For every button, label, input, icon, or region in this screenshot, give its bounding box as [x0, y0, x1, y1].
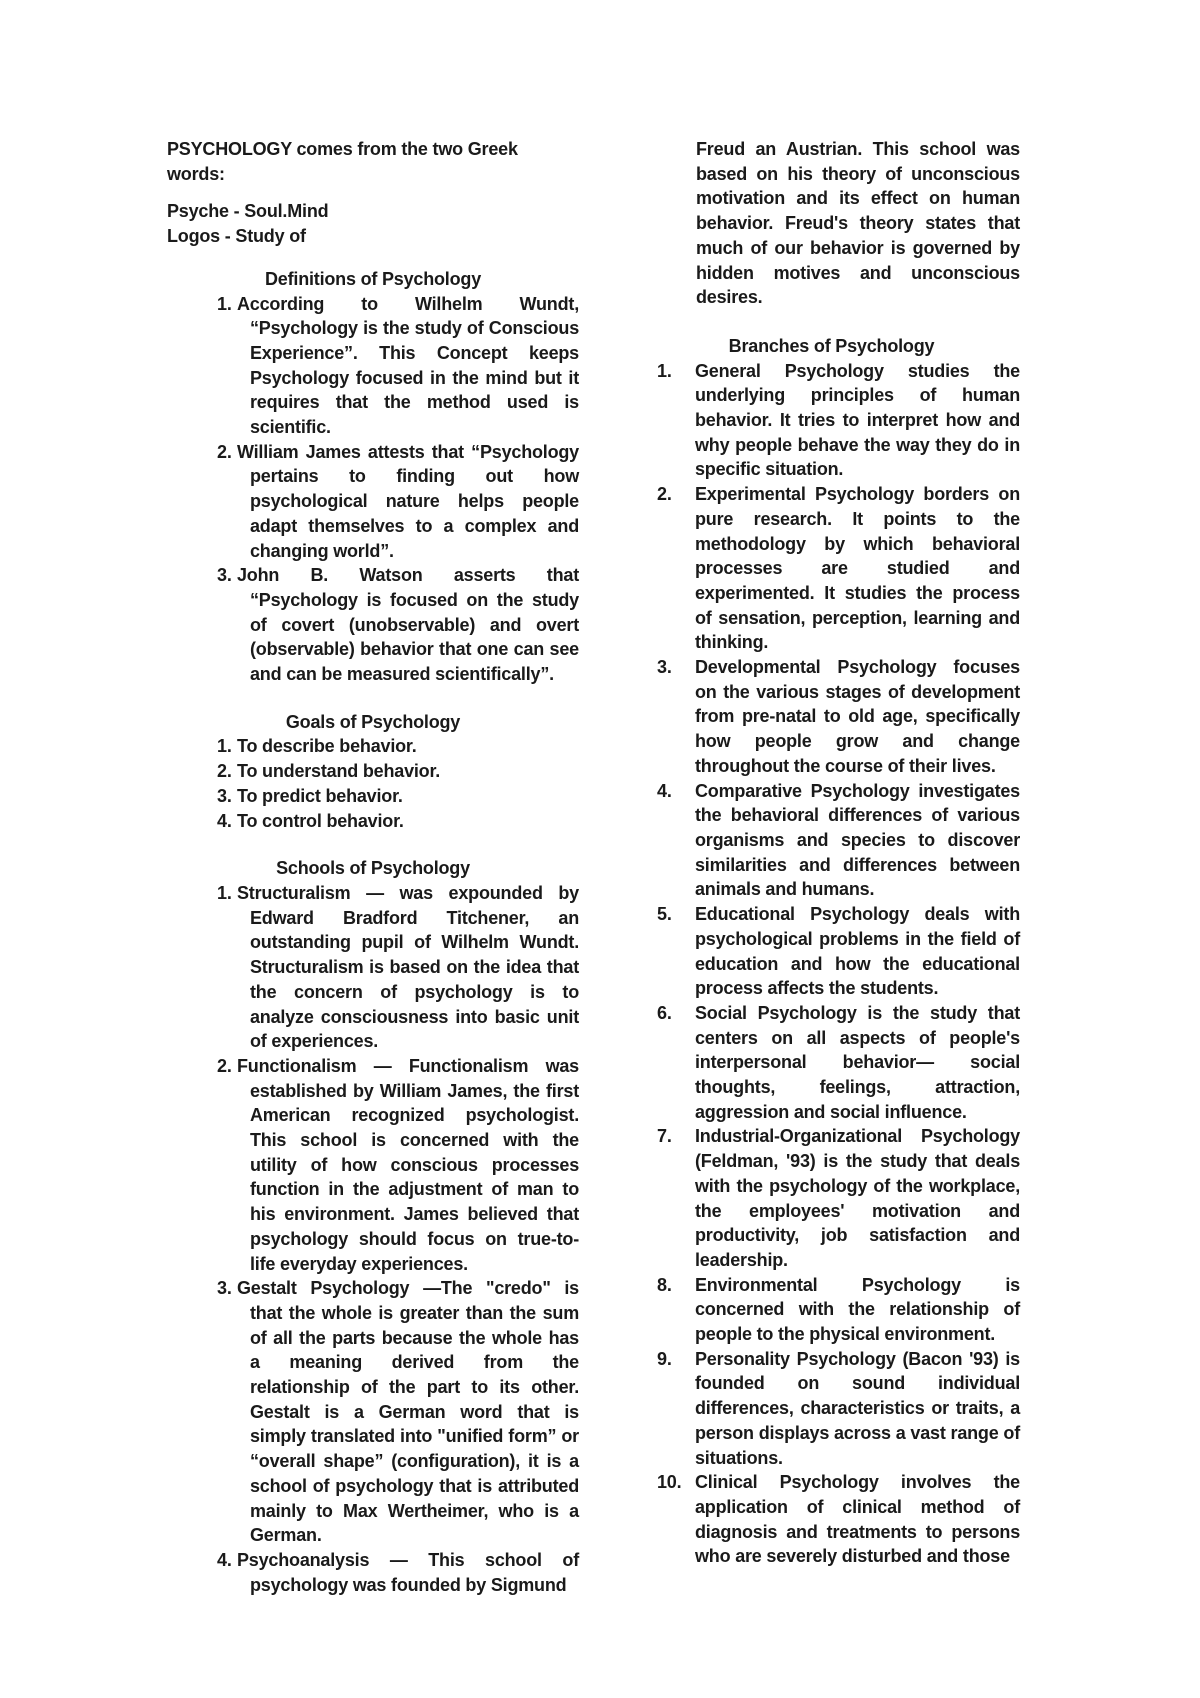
definitions-heading: Definitions of Psychology	[167, 267, 579, 292]
left-column: PSYCHOLOGY comes from the two Greek word…	[167, 137, 579, 1597]
branch-item: General Psychology studies the underlyin…	[643, 359, 1020, 483]
school-item: Psychoanalysis — This school of psycholo…	[167, 1548, 579, 1597]
school-item: Structuralism — was expounded by Edward …	[167, 881, 579, 1054]
goals-heading: Goals of Psychology	[167, 710, 579, 735]
school-item: Gestalt Psychology —The "credo" is that …	[167, 1276, 579, 1548]
schools-list: Structuralism — was expounded by Edward …	[167, 881, 579, 1597]
school-item: Functionalism — Functionalism was establ…	[167, 1054, 579, 1276]
goal-item: To predict behavior.	[167, 784, 579, 809]
definition-item: John B. Watson asserts that “Psychology …	[167, 563, 579, 687]
goal-item: To describe behavior.	[167, 734, 579, 759]
etymology-logos: Logos - Study of	[167, 224, 579, 249]
branch-item: Environmental Psychology is concerned wi…	[643, 1273, 1020, 1347]
document-page: PSYCHOLOGY comes from the two Greek word…	[0, 0, 1200, 1698]
schools-heading: Schools of Psychology	[167, 856, 579, 881]
right-column: Freud an Austrian. This school was based…	[643, 137, 1020, 1569]
psychoanalysis-continuation-paragraph: Freud an Austrian. This school was based…	[696, 137, 1020, 310]
branch-item: Personality Psychology (Bacon '93) is fo…	[643, 1347, 1020, 1471]
branch-item: Comparative Psychology investigates the …	[643, 779, 1020, 903]
branch-item: Experimental Psychology borders on pure …	[643, 482, 1020, 655]
branch-item: Social Psychology is the study that cent…	[643, 1001, 1020, 1125]
definitions-list: According to Wilhelm Wundt, “Psychology …	[167, 292, 579, 687]
goal-item: To understand behavior.	[167, 759, 579, 784]
branch-item: Industrial-Organizational Psychology (Fe…	[643, 1124, 1020, 1272]
branches-heading: Branches of Psychology	[643, 334, 1020, 359]
branch-item: Developmental Psychology focuses on the …	[643, 655, 1020, 779]
branch-item: Clinical Psychology involves the applica…	[643, 1470, 1020, 1569]
branch-item: Educational Psychology deals with psycho…	[643, 902, 1020, 1001]
intro-paragraph: PSYCHOLOGY comes from the two Greek word…	[167, 137, 579, 186]
goals-list: To describe behavior. To understand beha…	[167, 734, 579, 833]
goal-item: To control behavior.	[167, 809, 579, 834]
etymology-psyche: Psyche - Soul.Mind	[167, 199, 579, 224]
branches-list: General Psychology studies the underlyin…	[643, 359, 1020, 1569]
definition-item: According to Wilhelm Wundt, “Psychology …	[167, 292, 579, 440]
definition-item: William James attests that “Psychology p…	[167, 440, 579, 564]
